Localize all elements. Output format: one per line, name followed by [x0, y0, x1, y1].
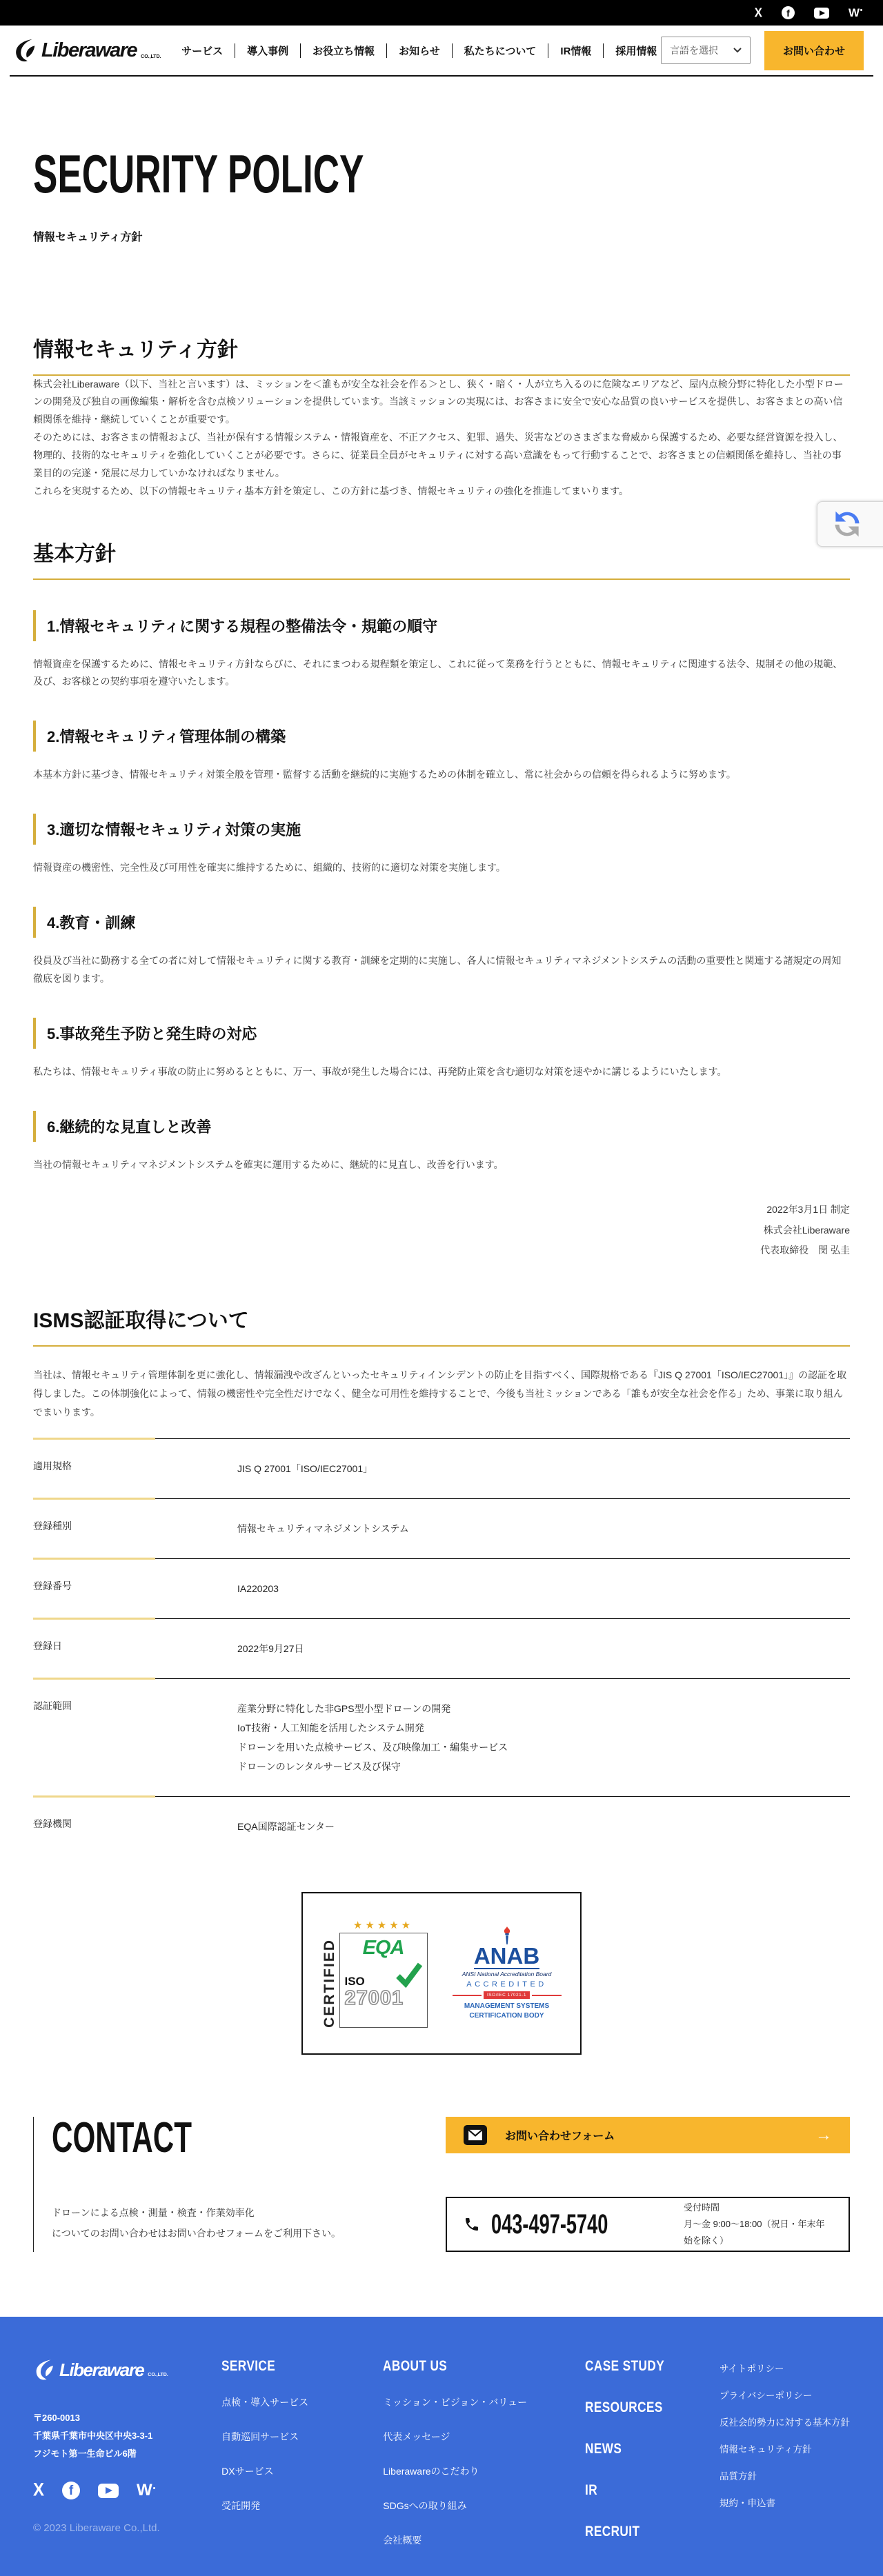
nav-item-news[interactable]: お知らせ [386, 43, 440, 58]
row-value: 情報セキュリティマネジメントシステム [237, 1519, 409, 1538]
stars-icon: ★★★★★ [353, 1919, 413, 1931]
policy-section-heading: 情報セキュリティ方針 [33, 332, 850, 376]
row-value: IA220203 [237, 1579, 279, 1598]
logo-swoosh-icon [12, 37, 39, 63]
x-twitter-icon[interactable]: X [755, 6, 762, 21]
row-value: EQA国際認証センター [237, 1817, 335, 1836]
eqa-badge: CERTIFIED ★★★★★ EQA ISO 27001 [322, 1919, 428, 2028]
footer-heading-service[interactable]: SERVICE [221, 2358, 354, 2375]
contact-form-button[interactable]: お問い合わせフォーム → [446, 2117, 850, 2153]
footer-link-quality-policy[interactable]: 品質方針 [720, 2468, 850, 2482]
footer-link[interactable]: 点検・導入サービス [221, 2395, 383, 2409]
anab-body-line: MANAGEMENT SYSTEMS [464, 2002, 549, 2011]
page-title: SECURITY POLICY [33, 147, 364, 201]
nav-item-about[interactable]: 私たちについて [452, 43, 537, 58]
anab-badge: ANAB ANSI National Accreditation Board A… [453, 1926, 562, 2020]
table-row: 登録種別 情報セキュリティマネジメントシステム [33, 1498, 850, 1558]
policy-paragraph: これらを実現するため、以下の情報セキュリティ基本方針を策定し、この方針に基づき、… [33, 483, 850, 501]
row-value: 産業分野に特化した非GPS型小型ドローンの開発 IoT技術・人工知能を活用したシ… [237, 1699, 508, 1776]
nav-item-services[interactable]: サービス [181, 43, 223, 58]
wantedly-icon[interactable]: W [849, 6, 862, 20]
checkmark-icon [394, 1961, 424, 1992]
scope-line: 産業分野に特化した非GPS型小型ドローンの開発 [237, 1699, 508, 1718]
arrow-right-icon: → [815, 2127, 832, 2144]
signoff-ceo: 代表取締役 閔 弘圭 [33, 1240, 850, 1260]
footer-link[interactable]: DXサービス [221, 2464, 383, 2478]
address-line: 千葉県千葉市中央区中央3-3-1 [33, 2427, 221, 2445]
eqa-logo: EQA [345, 1937, 422, 1960]
footer-link[interactable]: ミッション・ビジョン・バリュー [383, 2395, 585, 2409]
facebook-icon[interactable]: f [782, 6, 795, 19]
nav-item-recruit[interactable]: 採用情報 [603, 43, 657, 58]
policy-item-title: 5.事故発生予防と発生時の対応 [33, 1018, 850, 1049]
language-select-label: 言語を選択 [670, 43, 718, 57]
youtube-icon[interactable] [98, 2484, 119, 2498]
policy-item: 3.適切な情報セキュリティ対策の実施 情報資産の機密性、完全性及び可用性を確実に… [33, 814, 850, 876]
policy-item: 6.継続的な見直しと改善 当社の情報セキュリティマネジメントシステムを確実に運用… [33, 1111, 850, 1174]
security-policy-section: 情報セキュリティ方針 株式会社Liberaware（以下、当社と言います）は、ミ… [33, 332, 850, 501]
footer-link-anti-social[interactable]: 反社会的勢力に対する基本方針 [720, 2415, 850, 2428]
policy-paragraph: そのためには、お客さまの情報および、当社が保有する情報システム・情報資産を、不正… [33, 429, 850, 483]
logo[interactable]: Liberaware CO.,LTD. [12, 37, 161, 63]
table-row: 認証範囲 産業分野に特化した非GPS型小型ドローンの開発 IoT技術・人工知能を… [33, 1678, 850, 1796]
security-policy-page: X f W Liberaware CO.,LTD. サービス 導入事例 お役立ち… [0, 0, 883, 2576]
chevron-down-icon [733, 48, 742, 53]
mail-icon [464, 2125, 487, 2145]
isms-heading: ISMS認証取得について [33, 1303, 850, 1347]
signoff-company: 株式会社Liberaware [33, 1220, 850, 1240]
site-header: Liberaware CO.,LTD. サービス 導入事例 お役立ち情報 お知ら… [0, 26, 883, 75]
policy-signoff: 2022年3月1日 制定 株式会社Liberaware 代表取締役 閔 弘圭 [33, 1200, 850, 1260]
policy-item-title: 2.情報セキュリティ管理体制の構築 [33, 721, 850, 752]
recaptcha-badge[interactable] [817, 501, 883, 547]
x-twitter-icon[interactable]: X [33, 2480, 44, 2502]
torch-icon [502, 1926, 513, 1944]
certification-table: 適用規格 JIS Q 27001「ISO/IEC27001」 登録種別 情報セキ… [33, 1438, 850, 1856]
policy-item-title: 6.継続的な見直しと改善 [33, 1111, 850, 1142]
policy-item-body: 情報資産を保護するために、情報セキュリティ方針ならびに、それにまつわる規程類を策… [33, 656, 850, 690]
footer-logo[interactable]: Liberaware CO.,LTD. [33, 2358, 221, 2382]
isms-section: ISMS認証取得について 当社は、情報セキュリティ管理体制を更に強化し、情報漏洩… [33, 1303, 850, 2055]
red-line [532, 1995, 562, 1996]
certification-badges-image: CERTIFIED ★★★★★ EQA ISO 27001 [301, 1892, 582, 2055]
basic-policy-section: 基本方針 1.情報セキュリティに関する規程の整備法令・規範の順守 情報資産を保護… [33, 536, 850, 1261]
policy-item-body: 情報資産の機密性、完全性及び可用性を確実に維持するために、組織的、技術的に適切な… [33, 859, 850, 876]
youtube-icon[interactable] [814, 8, 829, 19]
table-row: 登録番号 IA220203 [33, 1558, 850, 1618]
scope-line: IoT技術・人工知能を活用したシステム開発 [237, 1718, 508, 1738]
anab-logo: ANAB [474, 1944, 539, 1969]
policy-item-body: 本基本方針に基づき、情報セキュリティ対策全般を管理・監督する活動を継続的に実施す… [33, 766, 850, 783]
eqa-certified-label: CERTIFIED [322, 1939, 337, 2028]
contact-section: CONTACT ドローンによる点検・測量・検査・作業効率化 についてのお問い合わ… [33, 2117, 850, 2252]
logo-wordmark: Liberaware [41, 39, 137, 62]
policy-item: 2.情報セキュリティ管理体制の構築 本基本方針に基づき、情報セキュリティ対策全般… [33, 721, 850, 783]
footer-heading-ir[interactable]: IR [585, 2482, 695, 2499]
language-select[interactable]: 言語を選択 [661, 37, 751, 64]
footer-heading-about[interactable]: ABOUT US [383, 2358, 548, 2375]
row-label: 登録日 [33, 1639, 237, 1658]
footer-link-security-policy[interactable]: 情報セキュリティ方針 [720, 2442, 850, 2455]
footer-link[interactable]: 自動巡回サービス [221, 2430, 383, 2444]
wantedly-icon[interactable]: W [137, 2481, 155, 2500]
postal-code: 〒260-0013 [33, 2409, 221, 2427]
policy-item-title: 4.教育・訓練 [33, 907, 850, 938]
row-label: 認証範囲 [33, 1699, 237, 1776]
logo-suffix: CO.,LTD. [141, 54, 161, 59]
footer-link[interactable]: SDGsへの取り組み [383, 2499, 585, 2513]
anab-body-line: CERTIFICATION BODY [464, 2011, 549, 2021]
row-label: 登録種別 [33, 1519, 237, 1538]
policy-item-body: 役員及び当社に勤務する全ての者に対して情報セキュリティに関する教育・訓練を定期的… [33, 952, 850, 987]
isms-intro: 当社は、情報セキュリティ管理体制を更に強化し、情報漏洩や改ざんといったセキュリテ… [33, 1366, 850, 1421]
nav-item-resources[interactable]: お役立ち情報 [300, 43, 375, 58]
topbar: X f W [0, 0, 883, 26]
policy-item: 5.事故発生予防と発生時の対応 私たちは、情報セキュリティ事故の防止に努めるとと… [33, 1018, 850, 1080]
header-contact-button[interactable]: お問い合わせ [764, 31, 864, 70]
signoff-date: 2022年3月1日 制定 [33, 1200, 850, 1220]
policy-item: 1.情報セキュリティに関する規程の整備法令・規範の順守 情報資産を保護するために… [33, 610, 850, 690]
red-line [453, 1995, 482, 1996]
logo-suffix: CO.,LTD. [148, 2373, 168, 2377]
main-nav: サービス 導入事例 お役立ち情報 お知らせ 私たちについて IR情報 採用情報 [178, 43, 661, 58]
scope-line: ドローンのレンタルサービス及び保守 [237, 1757, 508, 1776]
footer-heading-recruit[interactable]: RECRUIT [585, 2524, 695, 2540]
scope-line: ドローンを用いた点検サービス、及び映像加工・編集サービス [237, 1738, 508, 1757]
nav-item-ir[interactable]: IR情報 [548, 43, 591, 58]
footer-link-terms[interactable]: 規約・申込書 [720, 2495, 850, 2509]
table-row: 登録機関 EQA国際認証センター [33, 1796, 850, 1856]
policy-item-body: 私たちは、情報セキュリティ事故の防止に努めるとともに、万一、事故が発生した場合に… [33, 1063, 850, 1080]
policy-item: 4.教育・訓練 役員及び当社に勤務する全ての者に対して情報セキュリティに関する教… [33, 907, 850, 987]
phone-icon [464, 2214, 480, 2235]
policy-item-title: 3.適切な情報セキュリティ対策の実施 [33, 814, 850, 845]
footer-link[interactable]: Liberawareのこだわり [383, 2464, 585, 2478]
contact-heading: CONTACT [52, 2117, 192, 2160]
facebook-icon[interactable]: f [62, 2482, 80, 2499]
row-label: 登録機関 [33, 1817, 237, 1836]
row-label: 登録番号 [33, 1579, 237, 1598]
copyright: © 2023 Liberaware Co.,Ltd. [33, 2522, 221, 2534]
hero: SECURITY POLICY 情報セキュリティ方針 [33, 77, 850, 244]
nav-item-case-studies[interactable]: 導入事例 [235, 43, 288, 58]
row-value: 2022年9月27日 [237, 1639, 304, 1658]
site-footer: Liberaware CO.,LTD. 〒260-0013 千葉県千葉市中央区中… [0, 2317, 883, 2576]
phone-hours: 月〜金 9:00〜18:00（祝日・年末年始を除く） [684, 2216, 832, 2249]
logo-swoosh-icon [33, 2358, 57, 2382]
row-value: JIS Q 27001「ISO/IEC27001」 [237, 1459, 373, 1478]
logo-wordmark: Liberaware [59, 2359, 143, 2381]
table-row: 登録日 2022年9月27日 [33, 1618, 850, 1678]
recaptcha-icon [833, 510, 862, 539]
phone-number: 043-497-5740 [491, 2209, 608, 2240]
page-subtitle: 情報セキュリティ方針 [33, 228, 850, 244]
footer-link[interactable]: 受託開発 [221, 2499, 383, 2513]
phone-box[interactable]: 043-497-5740 受付時間 月〜金 9:00〜18:00（祝日・年末年始… [446, 2197, 850, 2252]
contact-description: についてのお問い合わせはお問い合わせフォームをご利用下さい。 [52, 2223, 408, 2244]
policy-item-title: 1.情報セキュリティに関する規程の整備法令・規範の順守 [33, 610, 850, 641]
address-line: フジモト第一生命ビル6階 [33, 2445, 221, 2463]
footer-heading-news[interactable]: NEWS [585, 2441, 695, 2457]
contact-form-label: お問い合わせフォーム [505, 2127, 615, 2143]
phone-hours-label: 受付時間 [684, 2200, 832, 2216]
anab-standard-label: ISO/IEC 17021-1 [484, 1991, 530, 1999]
anab-org-label: ANSI National Accreditation Board [462, 1971, 552, 1978]
footer-link[interactable]: 会社概要 [383, 2533, 585, 2547]
footer-link[interactable]: 代表メッセージ [383, 2430, 585, 2444]
footer-link-site-policy[interactable]: サイトポリシー [720, 2361, 850, 2375]
anab-accredited-label: ACCREDITED [466, 1980, 547, 1989]
footer-heading-case-study[interactable]: CASE STUDY [585, 2358, 695, 2375]
table-row: 適用規格 JIS Q 27001「ISO/IEC27001」 [33, 1438, 850, 1498]
policy-paragraph: 株式会社Liberaware（以下、当社と言います）は、ミッションを＜誰もが安全… [33, 376, 850, 430]
footer-link-privacy-policy[interactable]: プライバシーポリシー [720, 2388, 850, 2402]
contact-description: ドローンによる点検・測量・検査・作業効率化 [52, 2202, 408, 2223]
footer-heading-resources[interactable]: RESOURCES [585, 2399, 695, 2416]
policy-item-body: 当社の情報セキュリティマネジメントシステムを確実に運用するために、継続的に見直し… [33, 1156, 850, 1174]
basic-policy-heading: 基本方針 [33, 536, 850, 580]
row-label: 適用規格 [33, 1459, 237, 1478]
